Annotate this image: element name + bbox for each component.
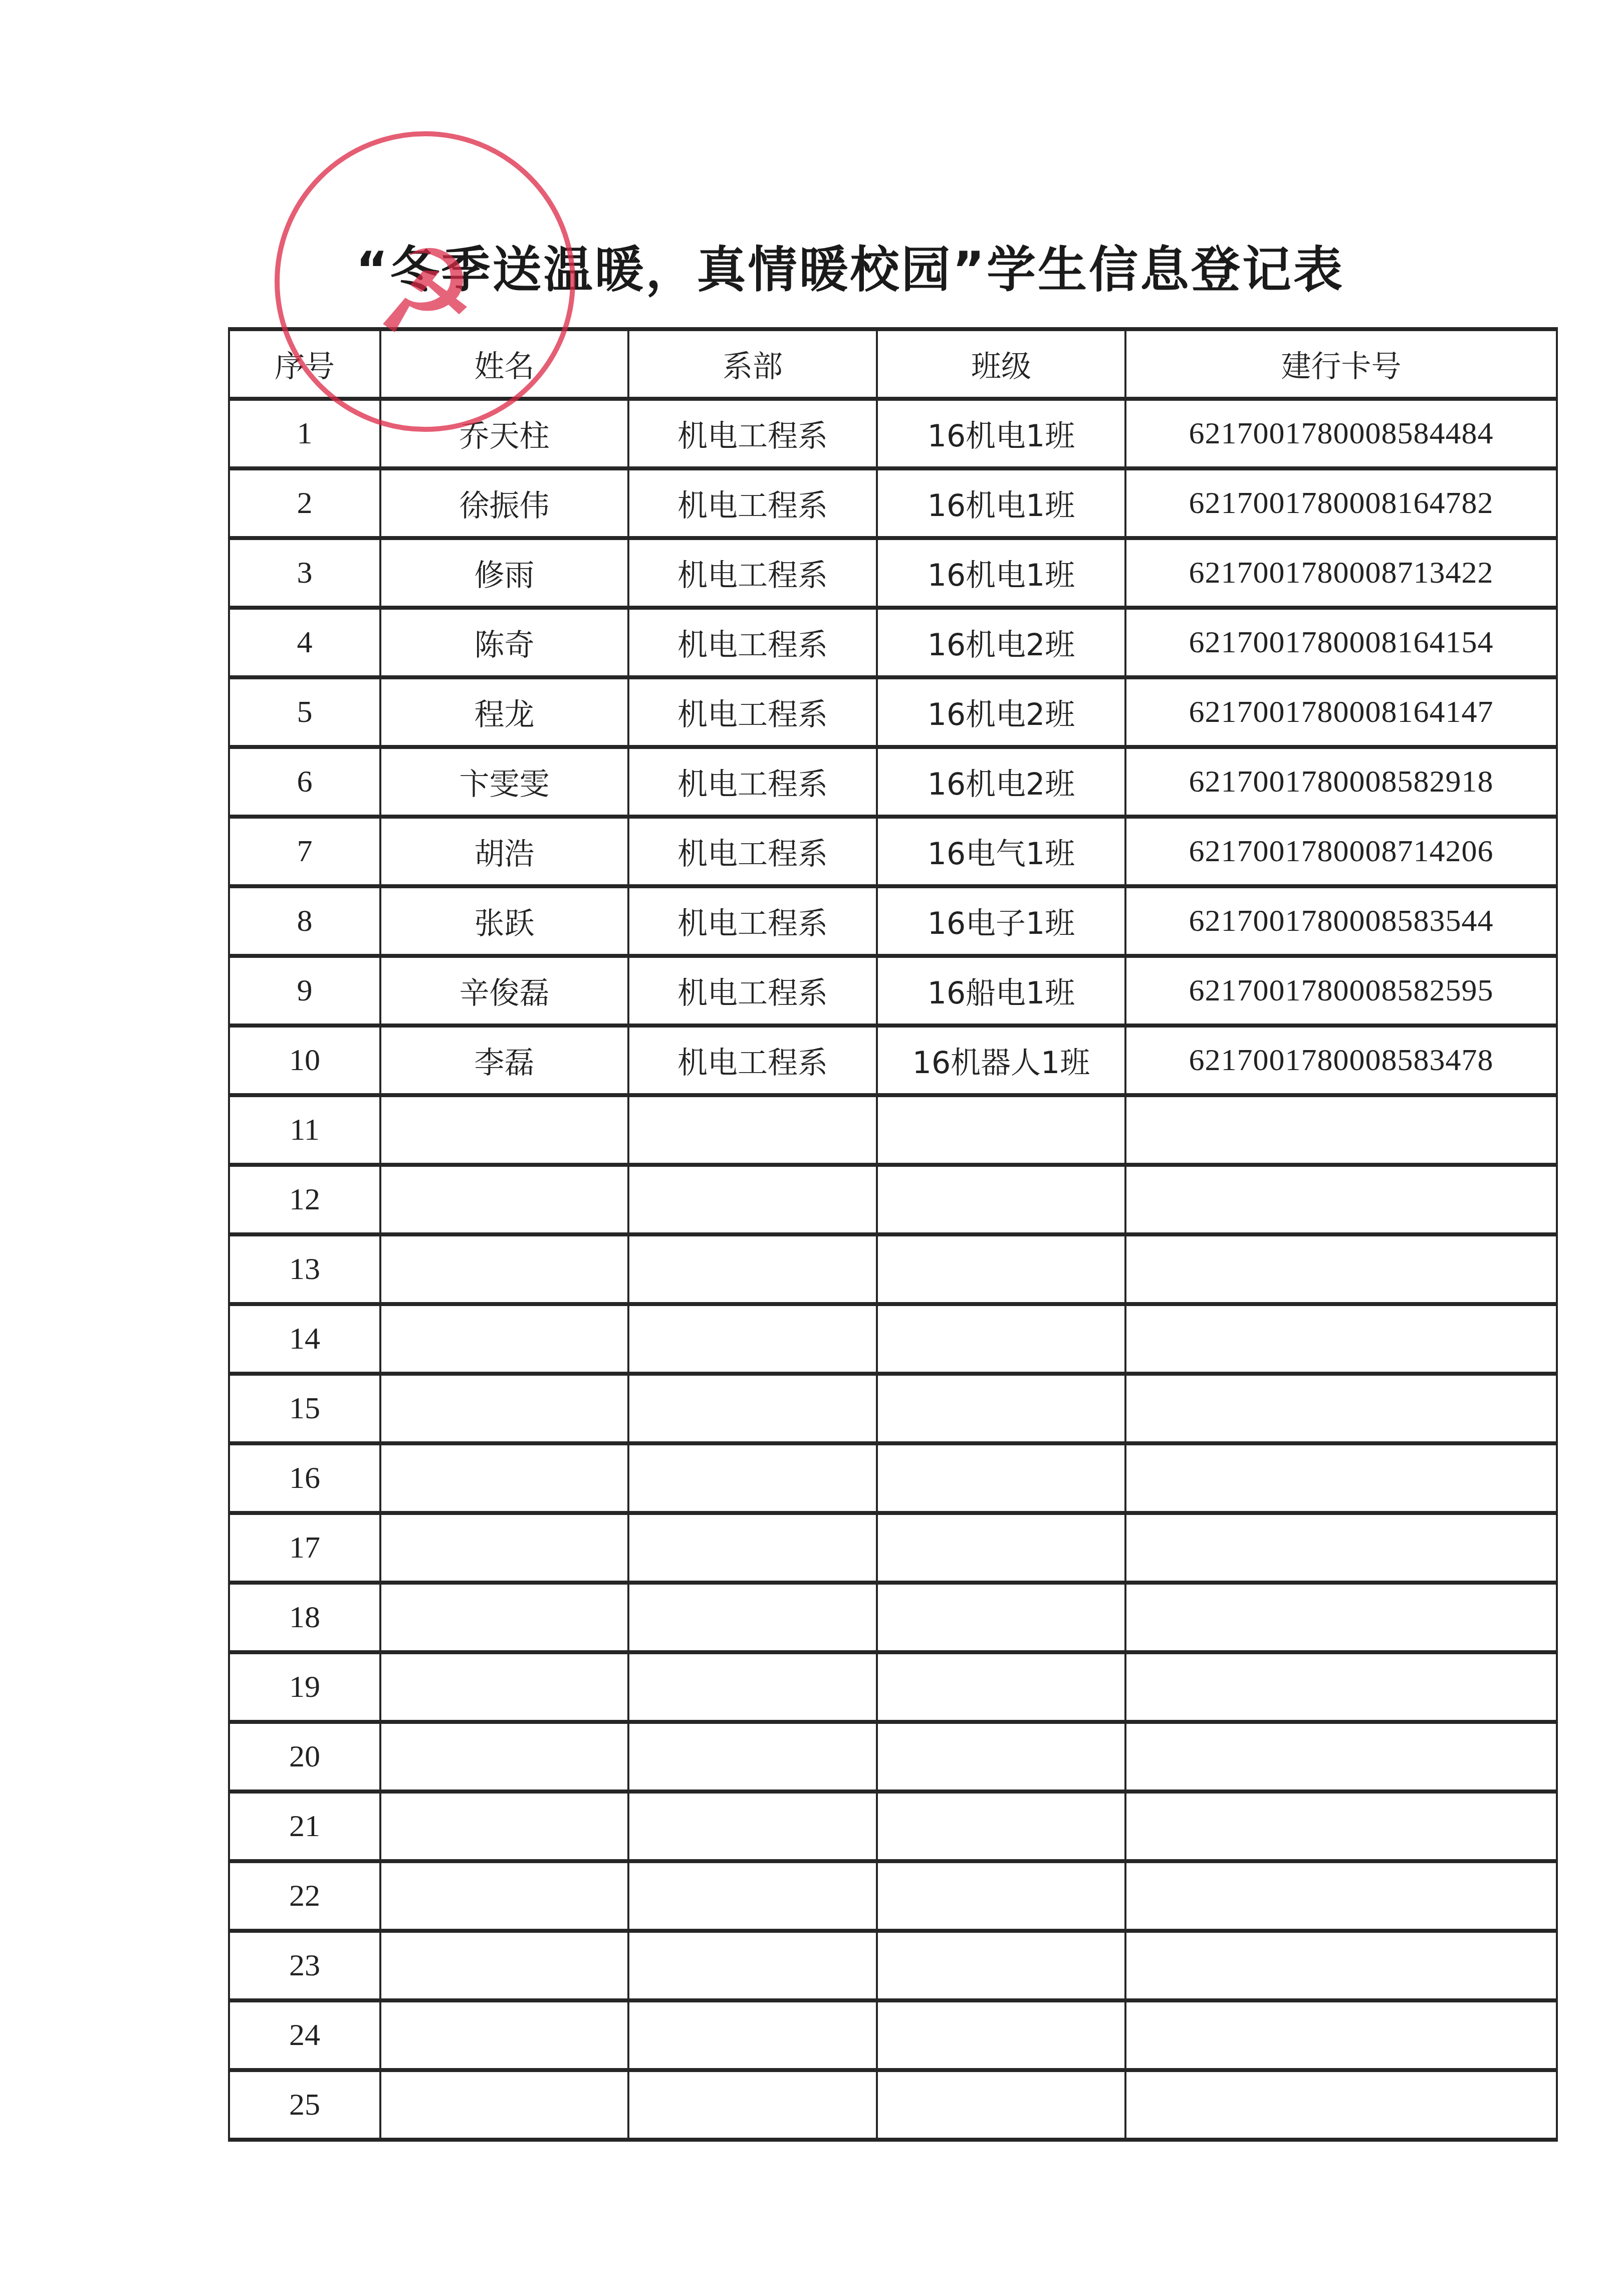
- cell-card-number: [1125, 1513, 1557, 1583]
- header-class: 班级: [877, 329, 1125, 399]
- cell-class: 16机电1班: [877, 399, 1125, 468]
- cell-card-number: 6217001780008164147: [1125, 677, 1557, 747]
- cell-class: [877, 1513, 1125, 1583]
- cell-class: 16机电2班: [877, 677, 1125, 747]
- cell-serial-no: 14: [229, 1304, 380, 1374]
- cell-department: 机电工程系: [628, 468, 877, 538]
- cell-department: 机电工程系: [628, 399, 877, 468]
- cell-class: [877, 1165, 1125, 1234]
- student-register-table: 序号 姓名 系部 班级 建行卡号 1乔天柱机电工程系16机电1班62170017…: [228, 327, 1558, 2142]
- cell-serial-no: 15: [229, 1374, 380, 1443]
- table-body: 1乔天柱机电工程系16机电1班62170017800085844842徐振伟机电…: [229, 399, 1557, 2140]
- cell-department: [628, 1304, 877, 1374]
- cell-name: [380, 1443, 628, 1513]
- table-row: 5程龙机电工程系16机电2班6217001780008164147: [229, 677, 1557, 747]
- cell-card-number: 6217001780008714206: [1125, 817, 1557, 886]
- cell-name: 辛俊磊: [380, 956, 628, 1026]
- cell-name: [380, 1861, 628, 1931]
- table-row: 7胡浩机电工程系16电气1班6217001780008714206: [229, 817, 1557, 886]
- cell-name: [380, 1792, 628, 1861]
- cell-card-number: 6217001780008582918: [1125, 747, 1557, 817]
- cell-department: 机电工程系: [628, 956, 877, 1026]
- cell-department: [628, 2000, 877, 2070]
- cell-serial-no: 24: [229, 2000, 380, 2070]
- cell-department: [628, 1722, 877, 1792]
- cell-class: [877, 1792, 1125, 1861]
- cell-serial-no: 5: [229, 677, 380, 747]
- cell-name: [380, 1095, 628, 1165]
- cell-card-number: [1125, 2000, 1557, 2070]
- cell-name: [380, 1722, 628, 1792]
- table-row: 9辛俊磊机电工程系16船电1班6217001780008582595: [229, 956, 1557, 1026]
- cell-department: [628, 1234, 877, 1304]
- cell-serial-no: 11: [229, 1095, 380, 1165]
- cell-name: [380, 1374, 628, 1443]
- table-row: 1乔天柱机电工程系16机电1班6217001780008584484: [229, 399, 1557, 468]
- table-row: 3修雨机电工程系16机电1班6217001780008713422: [229, 538, 1557, 608]
- cell-serial-no: 20: [229, 1722, 380, 1792]
- cell-department: [628, 1095, 877, 1165]
- cell-serial-no: 23: [229, 1931, 380, 2000]
- table-row: 11: [229, 1095, 1557, 1165]
- cell-department: [628, 1861, 877, 1931]
- cell-serial-no: 7: [229, 817, 380, 886]
- header-name: 姓名: [380, 329, 628, 399]
- cell-card-number: [1125, 1861, 1557, 1931]
- cell-name: [380, 1304, 628, 1374]
- cell-name: 胡浩: [380, 817, 628, 886]
- cell-class: [877, 1095, 1125, 1165]
- cell-class: [877, 1374, 1125, 1443]
- cell-card-number: 6217001780008584484: [1125, 399, 1557, 468]
- cell-name: [380, 1583, 628, 1652]
- header-ccb-card-number: 建行卡号: [1125, 329, 1557, 399]
- cell-department: 机电工程系: [628, 886, 877, 956]
- cell-name: [380, 1513, 628, 1583]
- table-row: 15: [229, 1374, 1557, 1443]
- cell-class: 16机器人1班: [877, 1026, 1125, 1095]
- table-row: 18: [229, 1583, 1557, 1652]
- header-serial-no: 序号: [229, 329, 380, 399]
- cell-name: 张跃: [380, 886, 628, 956]
- cell-card-number: [1125, 1443, 1557, 1513]
- cell-name: [380, 1165, 628, 1234]
- cell-card-number: [1125, 1931, 1557, 2000]
- table-row: 20: [229, 1722, 1557, 1792]
- cell-class: [877, 1931, 1125, 2000]
- header-department: 系部: [628, 329, 877, 399]
- cell-class: 16机电1班: [877, 538, 1125, 608]
- cell-serial-no: 16: [229, 1443, 380, 1513]
- cell-class: [877, 2070, 1125, 2140]
- cell-class: 16电子1班: [877, 886, 1125, 956]
- cell-serial-no: 25: [229, 2070, 380, 2140]
- cell-department: 机电工程系: [628, 747, 877, 817]
- cell-class: [877, 1861, 1125, 1931]
- table-row: 13: [229, 1234, 1557, 1304]
- table-row: 16: [229, 1443, 1557, 1513]
- cell-department: 机电工程系: [628, 538, 877, 608]
- cell-department: [628, 1374, 877, 1443]
- table-row: 21: [229, 1792, 1557, 1861]
- cell-serial-no: 21: [229, 1792, 380, 1861]
- table-row: 17: [229, 1513, 1557, 1583]
- cell-department: [628, 1652, 877, 1722]
- cell-card-number: 6217001780008582595: [1125, 956, 1557, 1026]
- cell-name: 乔天柱: [380, 399, 628, 468]
- cell-department: 机电工程系: [628, 817, 877, 886]
- cell-card-number: [1125, 1304, 1557, 1374]
- cell-class: [877, 1304, 1125, 1374]
- table-row: 8张跃机电工程系16电子1班6217001780008583544: [229, 886, 1557, 956]
- cell-serial-no: 2: [229, 468, 380, 538]
- cell-serial-no: 4: [229, 608, 380, 677]
- cell-name: [380, 1234, 628, 1304]
- cell-department: [628, 1513, 877, 1583]
- page-title: “冬季送温暖，真情暖校园”学生信息登记表: [0, 230, 1610, 301]
- cell-name: 李磊: [380, 1026, 628, 1095]
- cell-name: [380, 1652, 628, 1722]
- cell-department: [628, 1165, 877, 1234]
- cell-name: [380, 1931, 628, 2000]
- cell-class: 16电气1班: [877, 817, 1125, 886]
- cell-serial-no: 13: [229, 1234, 380, 1304]
- cell-serial-no: 3: [229, 538, 380, 608]
- table-row: 10李磊机电工程系16机器人1班6217001780008583478: [229, 1026, 1557, 1095]
- cell-card-number: [1125, 1652, 1557, 1722]
- cell-name: 陈奇: [380, 608, 628, 677]
- cell-card-number: [1125, 2070, 1557, 2140]
- cell-department: [628, 1443, 877, 1513]
- cell-class: [877, 2000, 1125, 2070]
- table-row: 23: [229, 1931, 1557, 2000]
- table-row: 19: [229, 1652, 1557, 1722]
- cell-department: 机电工程系: [628, 1026, 877, 1095]
- table-row: 2徐振伟机电工程系16机电1班6217001780008164782: [229, 468, 1557, 538]
- cell-card-number: [1125, 1583, 1557, 1652]
- cell-card-number: [1125, 1095, 1557, 1165]
- cell-class: 16机电1班: [877, 468, 1125, 538]
- cell-department: [628, 1931, 877, 2000]
- cell-serial-no: 9: [229, 956, 380, 1026]
- table-header-row: 序号 姓名 系部 班级 建行卡号: [229, 329, 1557, 399]
- cell-card-number: 6217001780008583544: [1125, 886, 1557, 956]
- table-row: 4陈奇机电工程系16机电2班6217001780008164154: [229, 608, 1557, 677]
- table-row: 14: [229, 1304, 1557, 1374]
- cell-name: 修雨: [380, 538, 628, 608]
- cell-serial-no: 1: [229, 399, 380, 468]
- cell-serial-no: 10: [229, 1026, 380, 1095]
- cell-class: [877, 1652, 1125, 1722]
- cell-class: 16机电2班: [877, 608, 1125, 677]
- table-row: 12: [229, 1165, 1557, 1234]
- cell-serial-no: 19: [229, 1652, 380, 1722]
- cell-card-number: [1125, 1374, 1557, 1443]
- cell-department: [628, 2070, 877, 2140]
- table-row: 22: [229, 1861, 1557, 1931]
- cell-name: [380, 2070, 628, 2140]
- cell-serial-no: 12: [229, 1165, 380, 1234]
- cell-serial-no: 18: [229, 1583, 380, 1652]
- cell-class: [877, 1583, 1125, 1652]
- cell-serial-no: 8: [229, 886, 380, 956]
- cell-class: [877, 1722, 1125, 1792]
- cell-class: 16船电1班: [877, 956, 1125, 1026]
- table-row: 24: [229, 2000, 1557, 2070]
- cell-name: 卞雯雯: [380, 747, 628, 817]
- cell-card-number: [1125, 1234, 1557, 1304]
- table-row: 6卞雯雯机电工程系16机电2班6217001780008582918: [229, 747, 1557, 817]
- cell-serial-no: 22: [229, 1861, 380, 1931]
- cell-card-number: 6217001780008164782: [1125, 468, 1557, 538]
- cell-serial-no: 17: [229, 1513, 380, 1583]
- cell-name: 徐振伟: [380, 468, 628, 538]
- cell-card-number: [1125, 1792, 1557, 1861]
- cell-name: 程龙: [380, 677, 628, 747]
- cell-department: [628, 1583, 877, 1652]
- cell-department: 机电工程系: [628, 608, 877, 677]
- cell-serial-no: 6: [229, 747, 380, 817]
- cell-card-number: [1125, 1722, 1557, 1792]
- table-row: 25: [229, 2070, 1557, 2140]
- cell-card-number: [1125, 1165, 1557, 1234]
- cell-card-number: 6217001780008583478: [1125, 1026, 1557, 1095]
- cell-card-number: 6217001780008713422: [1125, 538, 1557, 608]
- cell-card-number: 6217001780008164154: [1125, 608, 1557, 677]
- cell-class: [877, 1234, 1125, 1304]
- cell-class: 16机电2班: [877, 747, 1125, 817]
- cell-name: [380, 2000, 628, 2070]
- cell-class: [877, 1443, 1125, 1513]
- cell-department: [628, 1792, 877, 1861]
- cell-department: 机电工程系: [628, 677, 877, 747]
